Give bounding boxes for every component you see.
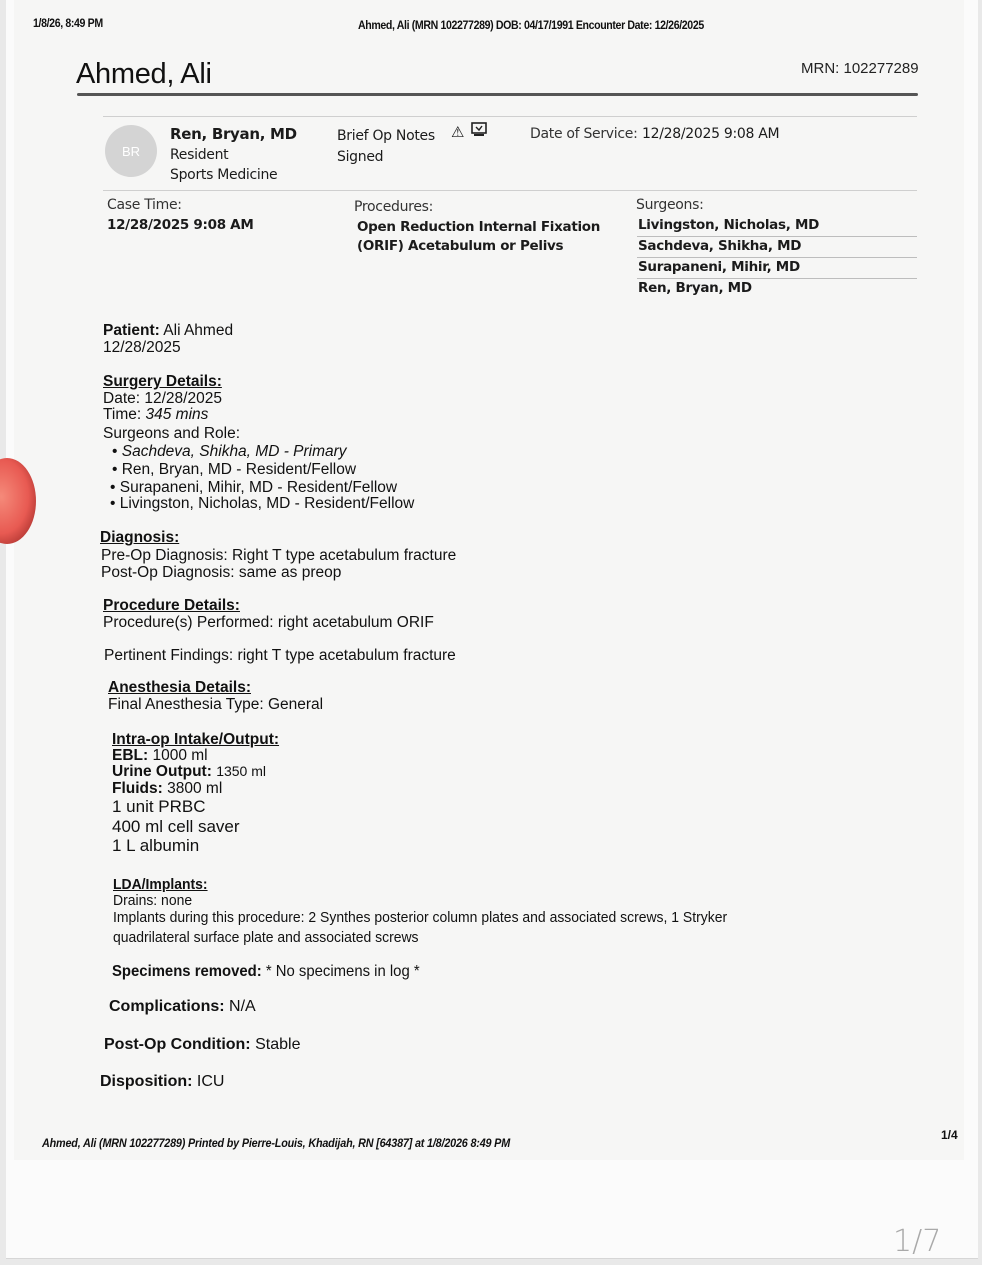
signature-monitor-icon [470, 121, 488, 143]
drains-line: Drains: none [113, 892, 192, 909]
print-page-number: 1/4 [941, 1128, 958, 1142]
author-name[interactable]: Ren, Bryan, MD [170, 125, 297, 143]
procedure-performed: Procedure(s) Performed: right acetabulum… [103, 614, 434, 632]
print-patient-banner: Ahmed, Ali (MRN 102277289) DOB: 04/17/19… [358, 20, 704, 32]
surgeon-role-item: • Ren, Bryan, MD - Resident/Fellow [112, 461, 356, 479]
note-type: Brief Op Notes [337, 128, 435, 144]
pre-op-diagnosis: Pre-Op Diagnosis: Right T type acetabulu… [101, 547, 456, 565]
surgeon-divider [637, 257, 917, 258]
surgery-date-value: 12/28/2025 [144, 390, 222, 407]
surgery-time-label: Time: [103, 406, 141, 423]
printed-by-footer: Ahmed, Ali (MRN 102277289) Printed by Pi… [42, 1136, 510, 1150]
surgery-date-label: Date: [103, 390, 140, 407]
document-viewer[interactable]: 1/8/26, 8:49 PM Ahmed, Ali (MRN 10227728… [6, 0, 978, 1259]
implants-line: quadrilateral surface plate and associat… [113, 929, 419, 946]
surgeon-role-item: • Livingston, Nicholas, MD - Resident/Fe… [110, 495, 414, 513]
lda-implants-heading: LDA/Implants: [113, 876, 208, 893]
post-op-diagnosis: Post-Op Diagnosis: same as preop [101, 564, 341, 582]
fluids-line: Fluids: 3800 ml [112, 780, 222, 798]
procedures-label: Procedures: [354, 199, 433, 215]
surgeon-divider [637, 236, 917, 237]
disposition-line: Disposition: ICU [100, 1073, 224, 1091]
patient-line: Patient: Ali Ahmed [103, 322, 233, 340]
case-time-value: 12/28/2025 9:08 AM [107, 217, 253, 233]
author-avatar: BR [105, 125, 157, 177]
pertinent-findings: Pertinent Findings: right T type acetabu… [104, 647, 456, 665]
author-role: Resident [170, 147, 228, 163]
date-of-service-value: 12/28/2025 9:08 AM [642, 126, 779, 142]
author-department: Sports Medicine [170, 167, 277, 183]
divider [103, 190, 917, 191]
complications-line: Complications: N/A [109, 998, 256, 1016]
anesthesia-heading: Anesthesia Details: [108, 679, 251, 697]
date-of-service-label: Date of Service: [530, 126, 638, 142]
divider [103, 116, 917, 117]
patient-value: Ali Ahmed [163, 322, 233, 339]
surgery-time-line: Time: 345 mins [103, 406, 208, 424]
procedure-line: (ORIF) Acetabulum or Pelivs [357, 238, 563, 254]
print-datetime: 1/8/26, 8:49 PM [33, 18, 103, 30]
postop-condition-line: Post-Op Condition: Stable [104, 1036, 300, 1054]
urine-output-line: Urine Output: 1350 ml [112, 763, 266, 781]
surgery-details-heading: Surgery Details: [103, 373, 222, 391]
viewer-page-indicator: 1/7 [893, 1224, 941, 1259]
anesthesia-type: Final Anesthesia Type: General [108, 696, 323, 714]
intake-item: 1 L albumin [112, 836, 199, 856]
patient-date: 12/28/2025 [103, 339, 181, 357]
diagnosis-heading: Diagnosis: [100, 529, 179, 547]
specimens-line: Specimens removed: * No specimens in log… [112, 963, 420, 981]
surgeon-item: Livingston, Nicholas, MD [638, 217, 819, 233]
patient-mrn: MRN: 102277289 [801, 60, 919, 77]
surgeons-label: Surgeons: [636, 197, 704, 213]
surgeon-item: Sachdeva, Shikha, MD [638, 238, 801, 254]
bleed-through-text [116, 238, 120, 253]
warning-icon: ⚠ [451, 123, 464, 141]
patient-label: Patient: [103, 322, 160, 339]
surgeons-role-label: Surgeons and Role: [103, 425, 240, 443]
surgeon-item: Surapaneni, Mihir, MD [638, 259, 800, 275]
procedure-line: Open Reduction Internal Fixation [357, 219, 600, 235]
case-time-label: Case Time: [107, 197, 182, 213]
patient-name-title: Ahmed, Ali [76, 58, 212, 91]
procedure-details-heading: Procedure Details: [103, 597, 240, 615]
note-status: Signed [337, 149, 383, 165]
surgeon-role-item: • Sachdeva, Shikha, MD - Primary [112, 443, 347, 461]
surgeon-divider [637, 278, 917, 279]
surgeon-item: Ren, Bryan, MD [638, 280, 752, 296]
header-divider [77, 93, 918, 96]
surgery-time-value: 345 mins [146, 406, 209, 423]
intake-item: 400 ml cell saver [112, 817, 240, 837]
implants-line: Implants during this procedure: 2 Synthe… [113, 909, 727, 926]
intake-item: 1 unit PRBC [112, 797, 206, 817]
